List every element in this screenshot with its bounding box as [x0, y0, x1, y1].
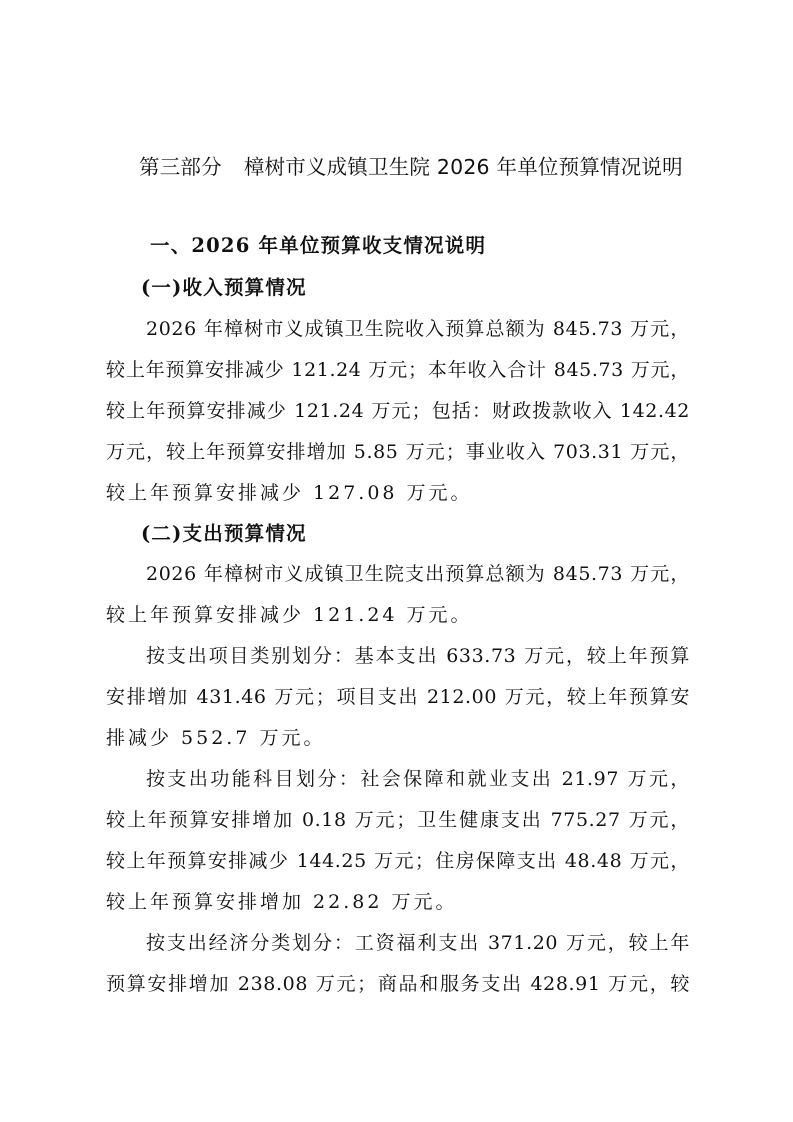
income-paragraph-line: 2026 年樟树市义成镇卫生院收入预算总额为 845.73 万元，	[146, 314, 690, 341]
subsection-heading-expenditure: (二)支出预算情况	[141, 518, 307, 546]
document-page: 第三部分樟树市义成镇卫生院 2026 年单位预算情况说明 一、2026 年单位预…	[0, 0, 793, 1122]
income-paragraph-line: 较上年预算安排减少 127.08 万元。	[106, 478, 690, 505]
expenditure-by-project-line: 排减少 552.7 万元。	[106, 723, 690, 750]
section-heading-budget-overview: 一、2026 年单位预算收支情况说明	[150, 230, 486, 258]
expenditure-by-project-line: 按支出项目类别划分：基本支出 633.73 万元，较上年预算	[146, 641, 690, 668]
income-paragraph-line: 万元，较上年预算安排增加 5.85 万元；事业收入 703.31 万元，	[106, 437, 690, 464]
expenditure-by-economic-line: 按支出经济分类划分：工资福利支出 371.20 万元，较上年	[146, 928, 690, 955]
income-paragraph-line: 较上年预算安排减少 121.24 万元；本年收入合计 845.73 万元，	[106, 355, 690, 382]
expenditure-by-function-line: 较上年预算安排增加 22.82 万元。	[106, 887, 690, 914]
expenditure-by-function-line: 较上年预算安排减少 144.25 万元；住房保障支出 48.48 万元，	[106, 846, 690, 873]
expenditure-by-economic-line: 预算安排增加 238.08 万元；商品和服务支出 428.91 万元，较	[106, 969, 690, 996]
expenditure-by-function-line: 按支出功能科目划分：社会保障和就业支出 21.97 万元，	[146, 764, 690, 791]
expenditure-by-function-line: 较上年预算安排增加 0.18 万元；卫生健康支出 775.27 万元，	[106, 805, 690, 832]
title-part: 第三部分	[139, 155, 222, 179]
expenditure-by-project-line: 安排增加 431.46 万元；项目支出 212.00 万元，较上年预算安	[106, 682, 690, 709]
expenditure-total-line: 2026 年樟树市义成镇卫生院支出预算总额为 845.73 万元，	[146, 559, 690, 586]
income-paragraph-line: 较上年预算安排减少 121.24 万元；包括：财政拨款收入 142.42	[106, 396, 690, 423]
title-text: 樟树市义成镇卫生院 2026 年单位预算情况说明	[244, 155, 683, 179]
page-title: 第三部分樟树市义成镇卫生院 2026 年单位预算情况说明	[139, 150, 683, 180]
expenditure-total-line: 较上年预算安排减少 121.24 万元。	[106, 600, 690, 627]
subsection-heading-income: (一)收入预算情况	[141, 272, 307, 300]
